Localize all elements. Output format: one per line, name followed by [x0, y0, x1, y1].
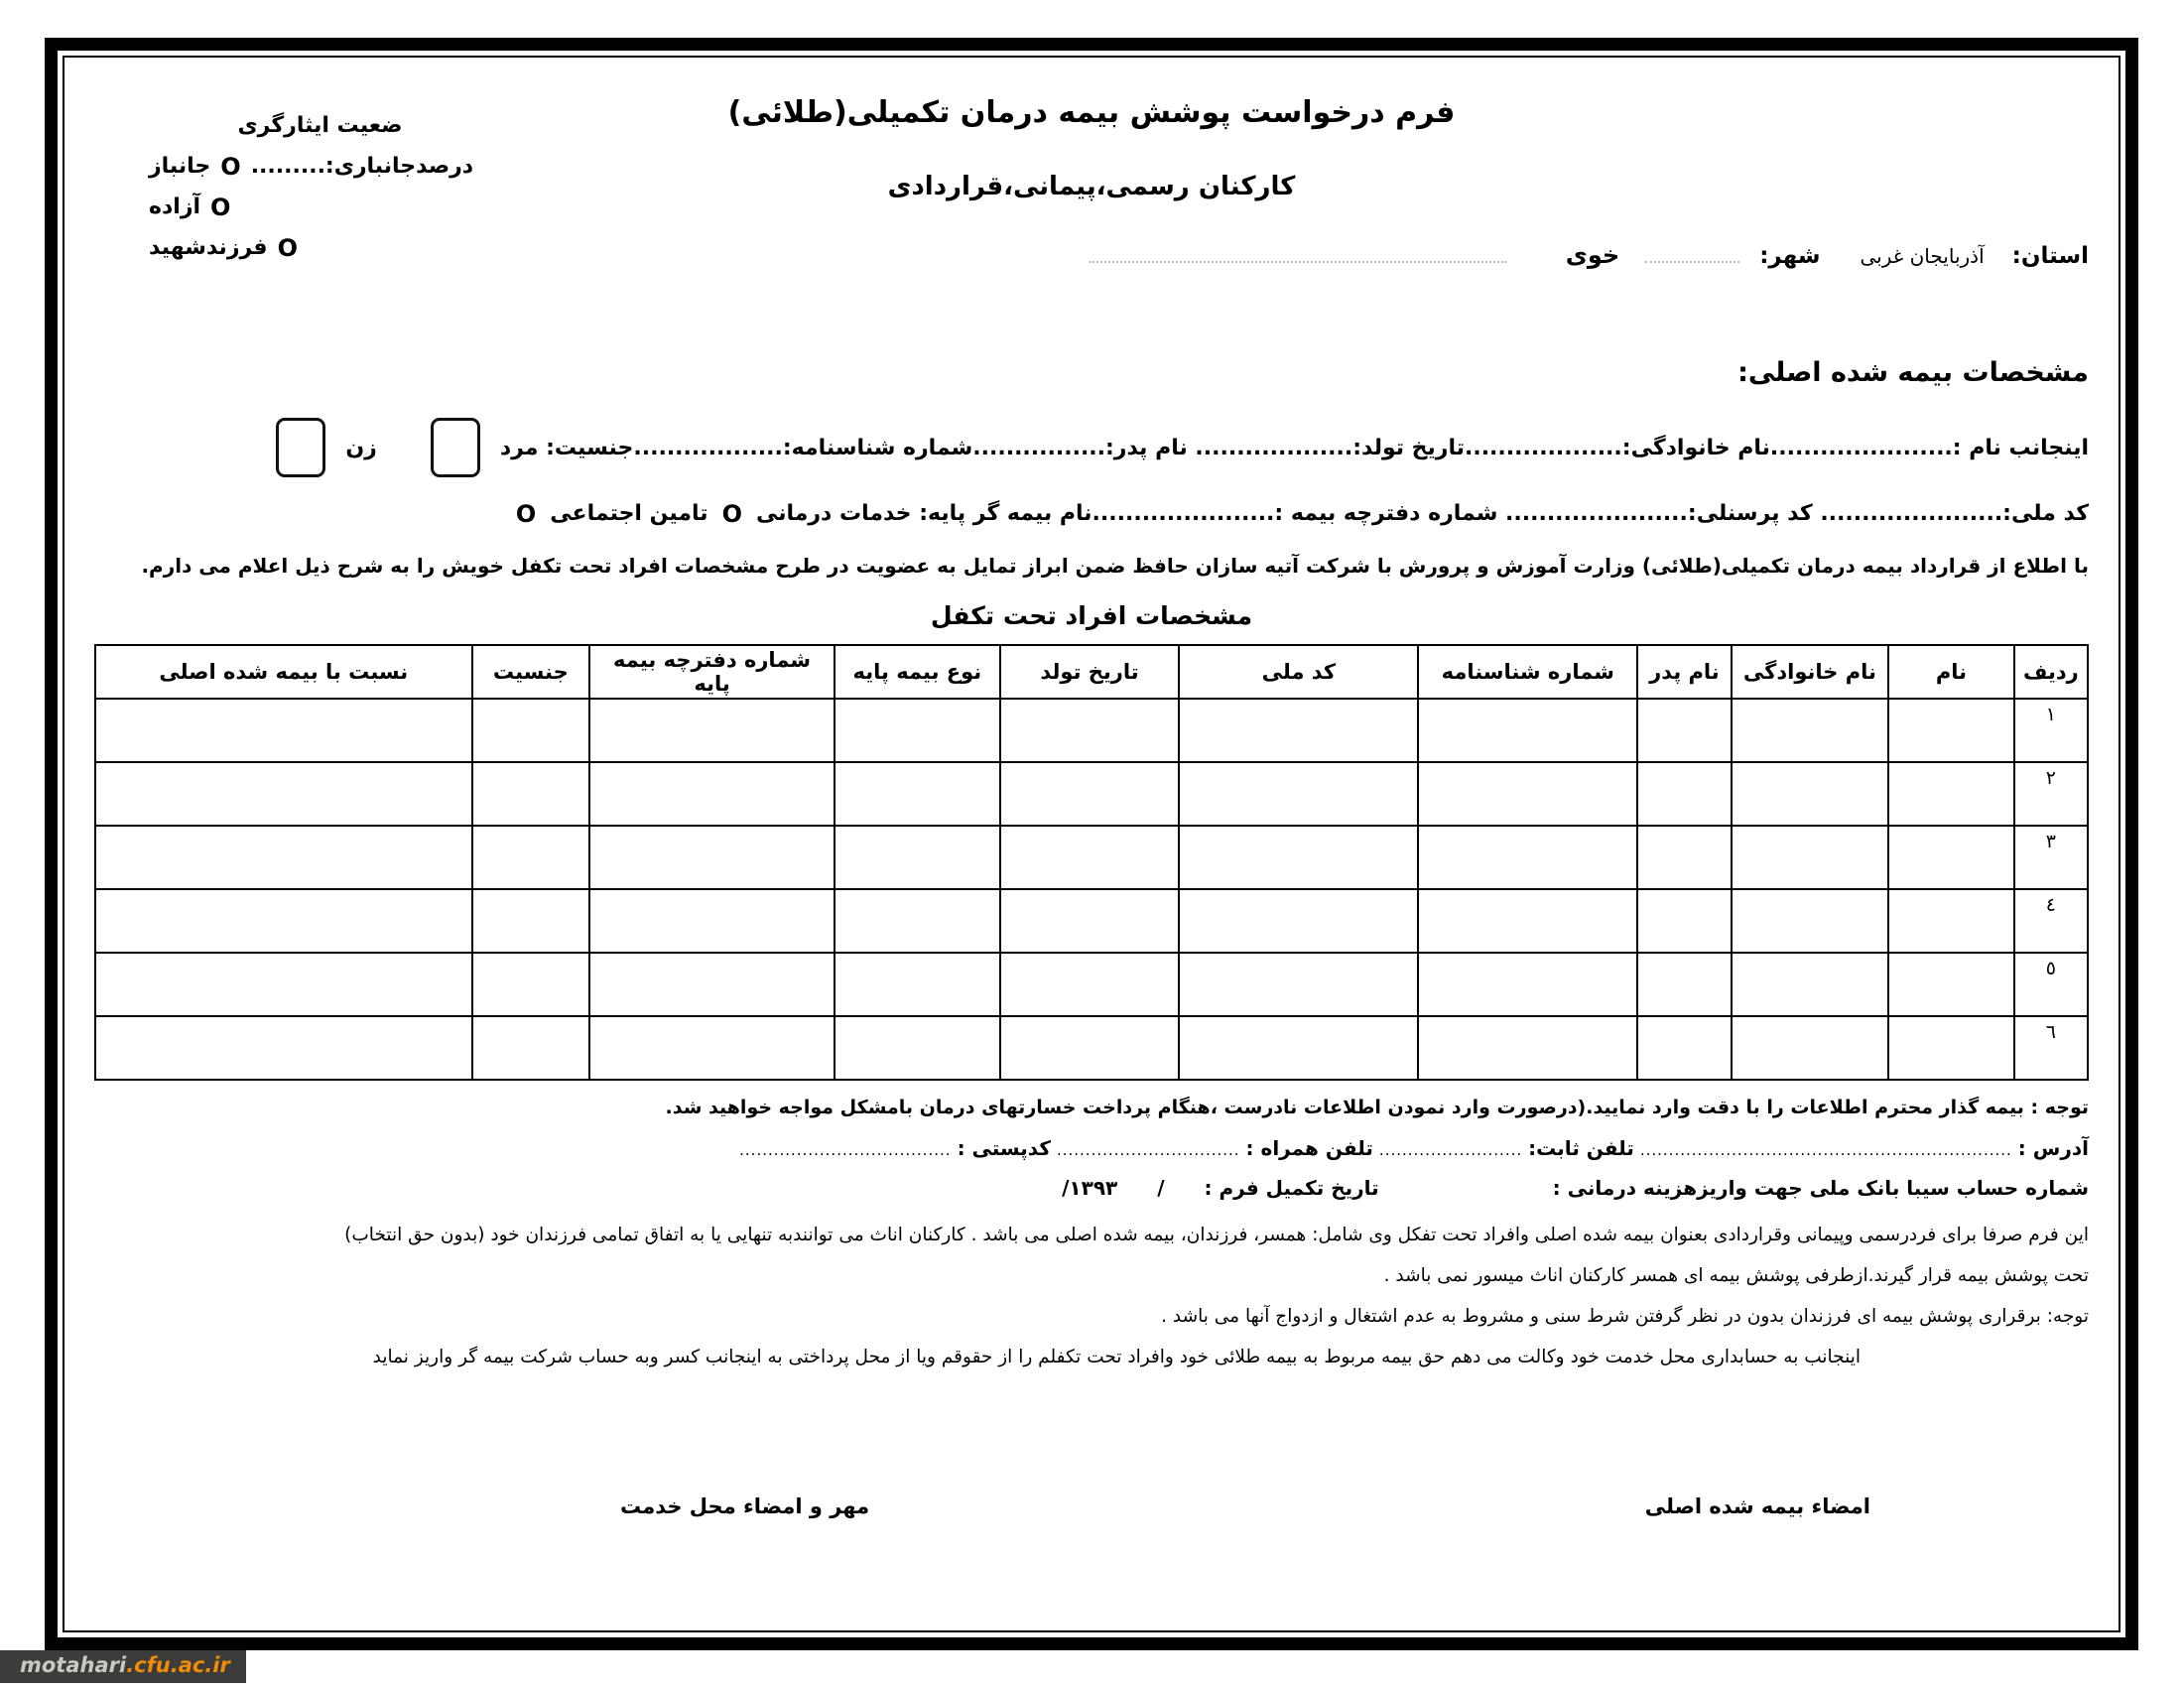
address-line: آدرس : .................................…	[94, 1136, 2089, 1160]
workplace-stamp-signature-label: مهر و امضاء محل خدمت	[620, 1494, 869, 1518]
col-header-first-name: نام	[1888, 645, 2014, 699]
line1-text: اینجانب نام :......................نام خ…	[500, 436, 2089, 460]
postal-code-label: کدپستی :	[958, 1136, 1051, 1160]
azadeh-radio-icon[interactable]: O	[210, 195, 230, 219]
janbaz-extra-label: درصدجانباری:.........	[251, 154, 473, 179]
row-number-cell: ١	[2014, 699, 2088, 762]
phone-label: تلفن ثابت:	[1528, 1136, 1634, 1160]
row-number-cell: ٥	[2014, 953, 2088, 1016]
postal-code-dots: .....................................	[739, 1141, 951, 1159]
row-number-cell: ٢	[2014, 762, 2088, 826]
row-number-cell: ٤	[2014, 889, 2088, 953]
page-frame: ضعیت ایثارگری درصدجانباری:......... O جا…	[45, 38, 2138, 1650]
table-row: ١	[95, 699, 2088, 762]
city-label: شهر:	[1759, 243, 1820, 269]
dependents-header-row: ردیف نام نام خانوادگی نام پدر شماره شناس…	[95, 645, 2088, 699]
tamin-ejtemai-radio-icon[interactable]: O	[516, 502, 536, 526]
row-number-cell: ٣	[2014, 826, 2088, 889]
mobile-label: تلفن همراه :	[1246, 1136, 1373, 1160]
form-body: ضعیت ایثارگری درصدجانباری:......... O جا…	[63, 56, 2120, 1632]
table-row: ٢	[95, 762, 2088, 826]
khadamat-darmani-radio-icon[interactable]: O	[722, 502, 742, 526]
sacrifice-status-block: ضعیت ایثارگری درصدجانباری:......... O جا…	[149, 113, 491, 276]
salary-deduction-authorization: اینجانب به حسابداری محل خدمت خود وکالت م…	[94, 1340, 2089, 1374]
table-row: ٦	[95, 1016, 2088, 1080]
city-dotted-underline	[1645, 243, 1739, 263]
address-label: آدرس :	[2018, 1136, 2089, 1160]
col-header-row-number: ردیف	[2014, 645, 2088, 699]
watermark-site-name: motahari	[20, 1653, 126, 1677]
option-farzand-shahid: O فرزندشهید	[149, 235, 491, 260]
location-dotted-underline	[1090, 243, 1506, 263]
col-header-base-booklet-number: شماره دفترچه بیمه پایه	[589, 645, 835, 699]
phone-dots: .........................	[1379, 1141, 1522, 1159]
col-header-last-name: نام خانوادگی	[1732, 645, 1889, 699]
accuracy-note: توجه : بیمه گذار محترم اطلاعات را با دقت…	[94, 1097, 2089, 1118]
form-date-group: تاریخ تکمیل فرم : / ۱۳۹۳/	[1062, 1176, 1379, 1200]
col-header-id-number: شماره شناسنامه	[1418, 645, 1637, 699]
farzand-shahid-radio-icon[interactable]: O	[278, 236, 298, 260]
sacrifice-status-title: ضعیت ایثارگری	[149, 113, 491, 138]
mobile-dots: ................................	[1057, 1141, 1240, 1159]
male-checkbox[interactable]	[431, 418, 480, 477]
form-date-slash: /	[1157, 1176, 1164, 1200]
form-header: ضعیت ایثارگری درصدجانباری:......... O جا…	[94, 95, 2089, 343]
col-header-national-code: کد ملی	[1179, 645, 1418, 699]
bank-account-label: شماره حساب سیبا بانک ملی جهت واریزهزینه …	[1553, 1176, 2089, 1200]
main-insured-signature-label: امضاء بیمه شده اصلی	[1645, 1494, 1870, 1518]
janbaz-radio-icon[interactable]: O	[220, 155, 240, 179]
dependents-table: ردیف نام نام خانوادگی نام پدر شماره شناس…	[94, 644, 2089, 1081]
option-janbaz: درصدجانباری:......... O جانباز	[149, 154, 491, 179]
main-insured-section-title: مشخصات بیمه شده اصلی:	[94, 357, 2089, 388]
table-row: ٣	[95, 826, 2088, 889]
main-insured-line1: اینجانب نام :......................نام خ…	[94, 418, 2089, 477]
form-date-year: ۱۳۹۳/	[1062, 1176, 1117, 1200]
janbaz-label: جانباز	[149, 154, 210, 179]
site-watermark: motahari.cfu.ac.ir	[0, 1650, 246, 1683]
bank-account-line: شماره حساب سیبا بانک ملی جهت واریزهزینه …	[94, 1176, 2089, 1200]
eligibility-paragraph-3: توجه: برقراری پوشش بیمه ای فرزندان بدون …	[94, 1299, 2089, 1334]
signature-row: امضاء بیمه شده اصلی مهر و امضاء محل خدمت	[94, 1494, 2089, 1518]
row-number-cell: ٦	[2014, 1016, 2088, 1080]
line2-text: کد ملی:...................... کد پرسنلی:…	[756, 501, 2089, 526]
eligibility-paragraph-1: این فرم صرفا برای فردرسمی وپیمانی وقرارد…	[94, 1218, 2089, 1252]
option-azadeh: O آزاده	[149, 195, 491, 219]
main-insured-line2: کد ملی:...................... کد پرسنلی:…	[94, 501, 2089, 526]
col-header-base-insurance-type: نوع بیمه پایه	[835, 645, 1000, 699]
city-value: خوی	[1566, 241, 1619, 269]
tamin-ejtemai-label: تامین اجتماعی	[550, 501, 707, 526]
farzand-shahid-label: فرزندشهید	[149, 235, 268, 260]
female-checkbox[interactable]	[276, 418, 325, 477]
eligibility-paragraph-2: تحت پوشش بیمه قرار گیرند.ازطرفی پوشش بیم…	[94, 1258, 2089, 1293]
province-value: آذربایجان غربی	[1861, 244, 1985, 268]
female-label: زن	[345, 436, 376, 460]
azadeh-label: آزاده	[149, 195, 200, 219]
col-header-gender: جنسیت	[472, 645, 589, 699]
table-row: ٥	[95, 953, 2088, 1016]
col-header-father-name: نام پدر	[1637, 645, 1731, 699]
province-label: استان:	[2012, 243, 2089, 269]
eligibility-paragraphs: این فرم صرفا برای فردرسمی وپیمانی وقرارد…	[94, 1218, 2089, 1375]
table-row: ٤	[95, 889, 2088, 953]
dependents-section-title: مشخصات افراد تحت تکفل	[94, 601, 2089, 630]
declaration-paragraph: با اطلاع از قرارداد بیمه درمان تکمیلی(طل…	[94, 554, 2089, 578]
form-date-label: تاریخ تکمیل فرم :	[1205, 1176, 1379, 1200]
col-header-relation: نسبت با بیمه شده اصلی	[95, 645, 472, 699]
col-header-birth-date: تاریخ تولد	[1000, 645, 1180, 699]
address-dots: ........................................…	[1640, 1141, 2012, 1159]
watermark-site-domain: .cfu.ac.ir	[126, 1653, 230, 1677]
